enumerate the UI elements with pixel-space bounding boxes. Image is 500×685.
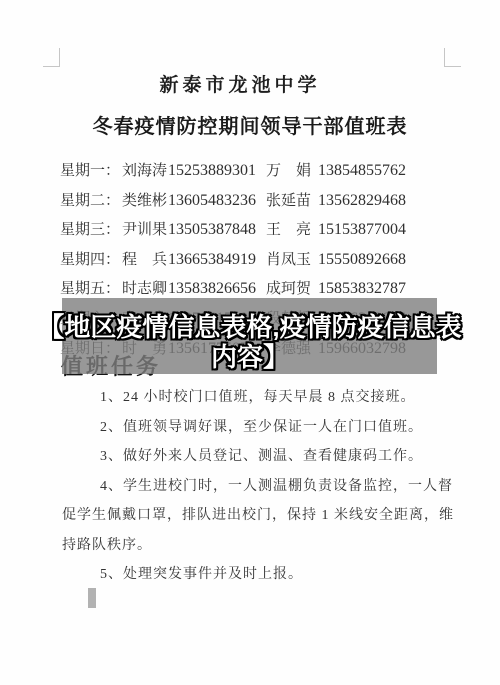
watermark-line-1: 【地区疫情信息表格,疫情防疫信息表 [0, 312, 500, 342]
table-row: 星期三： 尹训果 13505387848 王 亮 15153877004 [0, 218, 500, 248]
person1-phone: 13505387848 [168, 221, 266, 239]
task-item: 5、处理突发事件并及时上报。 [0, 560, 500, 590]
school-title: 新泰市龙池中学 [0, 70, 480, 97]
person2-name: 万 娟 [266, 159, 318, 180]
person1-name: 程 兵 [122, 248, 168, 269]
table-row: 星期四： 程 兵 13665384919 肖凤玉 15550892668 [0, 248, 500, 278]
day-label: 星期四： [60, 248, 122, 269]
person2-phone: 13854855762 [318, 162, 406, 180]
person1-phone: 15253889301 [168, 162, 266, 180]
person2-phone: 15153877004 [318, 221, 406, 239]
task-item: 3、做好外来人员登记、测温、查看健康码工作。 [0, 442, 500, 472]
person2-name: 成珂贺 [266, 277, 318, 298]
person2-phone: 13562829468 [318, 192, 406, 210]
person2-phone: 15550892668 [318, 251, 406, 269]
roster-title: 冬春疫情防控期间领导干部值班表 [0, 110, 500, 139]
person2-name: 肖凤玉 [266, 248, 318, 269]
watermark-text: 【地区疫情信息表格,疫情防疫信息表 内容】 [0, 312, 500, 372]
person1-phone: 13665384919 [168, 251, 266, 269]
table-row: 星期二： 类维彬 13605483236 张延苗 13562829468 [0, 189, 500, 219]
person1-phone: 13583826656 [168, 280, 266, 298]
text-boundary-mark-top-right [444, 66, 461, 67]
person1-phone: 13605483236 [168, 192, 266, 210]
text-boundary-mark-top-left [43, 66, 60, 67]
person1-name: 类维彬 [122, 189, 168, 210]
watermark-line-2: 内容】 [0, 342, 500, 372]
person1-name: 刘海涛 [122, 159, 168, 180]
person1-name: 时志卿 [122, 277, 168, 298]
day-label: 星期一： [60, 159, 122, 180]
text-cursor [88, 588, 96, 608]
task-item: 4、学生进校门时，一人测温棚负责设备监控，一人督促学生佩戴口罩，排队进出校门，保… [0, 472, 500, 561]
task-item: 2、值班领导调好课，至少保证一人在门口值班。 [0, 413, 500, 443]
day-label: 星期二： [60, 189, 122, 210]
task-list: 1、24 小时校门口值班，每天早晨 8 点交接班。 2、值班领导调好课，至少保证… [0, 383, 500, 590]
person2-phone: 15853832787 [318, 280, 406, 298]
task-item: 1、24 小时校门口值班，每天早晨 8 点交接班。 [0, 383, 500, 413]
person1-name: 尹训果 [122, 218, 168, 239]
text-boundary-mark-top-right [444, 48, 445, 67]
document-page: 新泰市龙池中学 冬春疫情防控期间领导干部值班表 星期一： 刘海涛 1525388… [0, 0, 500, 685]
day-label: 星期三： [60, 218, 122, 239]
table-row: 星期一： 刘海涛 15253889301 万 娟 13854855762 [0, 159, 500, 189]
day-label: 星期五： [60, 277, 122, 298]
text-boundary-mark-top-left [59, 48, 60, 67]
person2-name: 王 亮 [266, 218, 318, 239]
person2-name: 张延苗 [266, 189, 318, 210]
